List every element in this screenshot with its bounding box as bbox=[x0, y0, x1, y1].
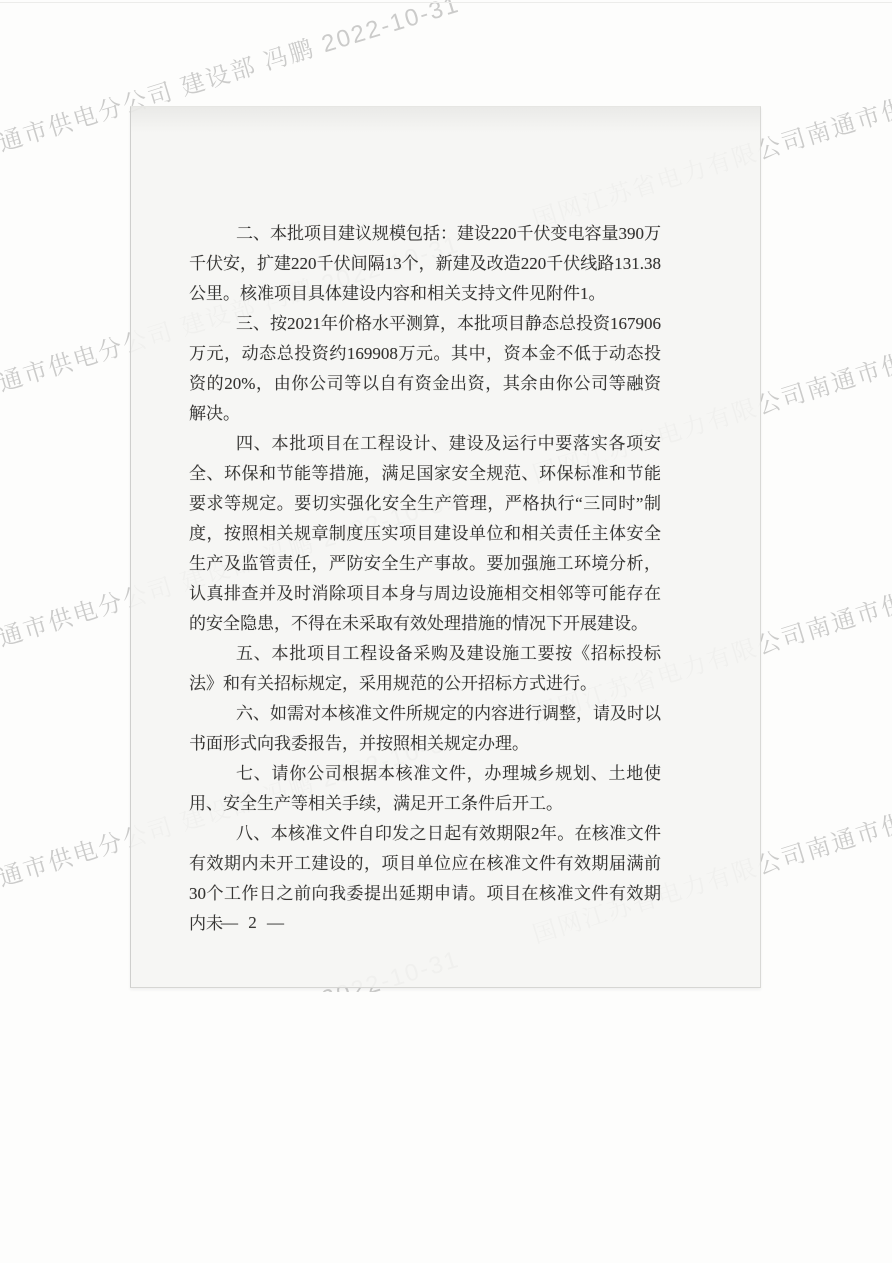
scan-edge-artifact bbox=[0, 2, 892, 3]
document-page: 二、本批项目建议规模包括：建设220千伏变电容量390万千伏安，扩建220千伏间… bbox=[130, 106, 761, 988]
paragraph: 二、本批项目建议规模包括：建设220千伏变电容量390万千伏安，扩建220千伏间… bbox=[189, 219, 661, 309]
paragraph: 五、本批项目工程设备采购及建设施工要按《招标投标法》和有关招标规定，采用规范的公… bbox=[189, 639, 661, 699]
paragraph: 六、如需对本核准文件所规定的内容进行调整，请及时以书面形式向我委报告，并按照相关… bbox=[189, 699, 661, 759]
scanned-document-viewport: 国网江苏省电力有限公司南通市供电分公司 建设部 冯鹏 2022-10-31 国网… bbox=[0, 0, 892, 1263]
page-number: — 2 — bbox=[221, 913, 287, 933]
paragraph: 三、按2021年价格水平测算，本批项目静态总投资167906万元，动态总投资约1… bbox=[189, 309, 661, 429]
paragraph: 七、请你公司根据本核准文件，办理城乡规划、土地使用、安全生产等相关手续，满足开工… bbox=[189, 759, 661, 819]
paragraph: 四、本批项目在工程设计、建设及运行中要落实各项安全、环保和节能等措施，满足国家安… bbox=[189, 429, 661, 639]
document-body: 二、本批项目建议规模包括：建设220千伏变电容量390万千伏安，扩建220千伏间… bbox=[189, 219, 661, 939]
